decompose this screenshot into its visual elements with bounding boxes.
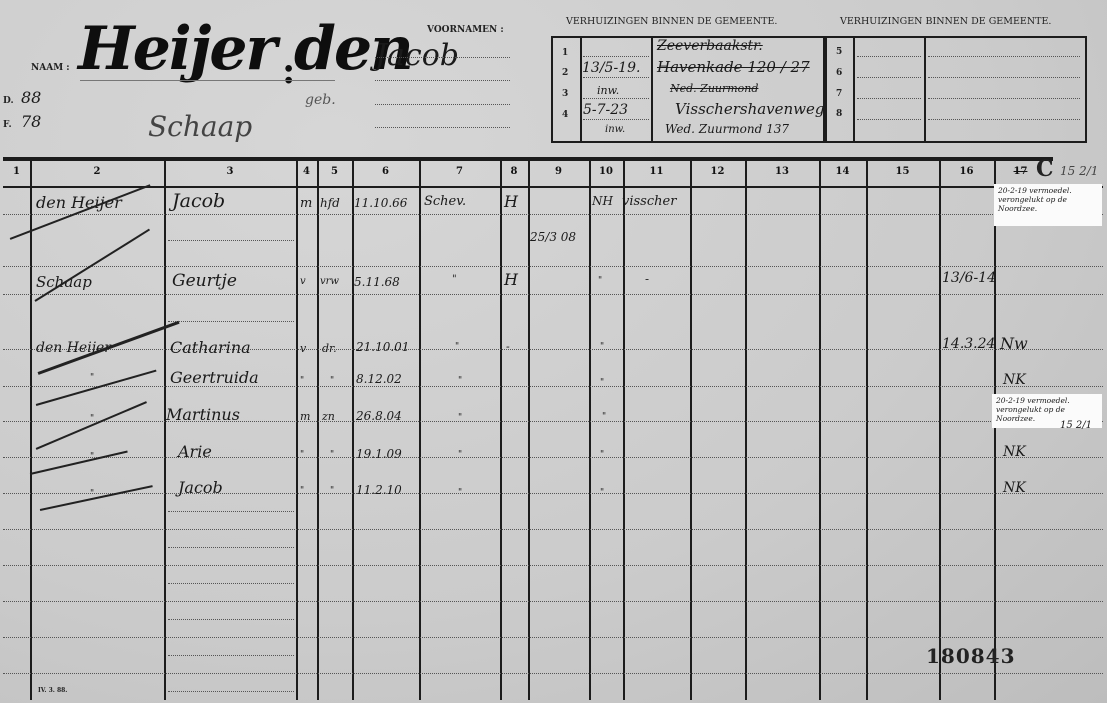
cell-surname: den Heijer xyxy=(36,193,122,212)
cell-col10: " xyxy=(600,488,604,498)
move-address: Havenkade 120 / 27 xyxy=(657,58,810,76)
move-date: inw. xyxy=(597,84,619,97)
col-divider xyxy=(352,160,354,700)
naam-label: NAAM : xyxy=(31,63,70,73)
row-rule xyxy=(583,56,649,57)
move-num: 8 xyxy=(836,109,842,119)
col-divider xyxy=(819,160,821,700)
cell-birthplace: Schev. xyxy=(424,194,466,209)
row-rule xyxy=(168,240,294,241)
row-rule xyxy=(857,56,921,57)
annotation-suffix: 15 2/1 xyxy=(1060,420,1092,431)
cell-relation: dr. xyxy=(322,342,337,355)
move-num: 5 xyxy=(836,47,842,57)
col-number: 11 xyxy=(623,166,690,177)
col-number: 1 xyxy=(3,166,30,177)
row-rule xyxy=(928,119,1080,120)
serial-number: 180843 xyxy=(926,644,1016,668)
cell-relation: " xyxy=(330,376,334,386)
cell-col16: 14.3.24 xyxy=(942,336,995,352)
col-number: 15 xyxy=(866,166,939,177)
cell-firstname: Catharina xyxy=(170,338,251,357)
row-rule xyxy=(168,321,294,322)
cell-surname: " xyxy=(90,373,94,383)
cell-col9: 25/3 08 xyxy=(530,230,576,244)
cell-firstname: Arie xyxy=(178,442,212,461)
col-number: 16 xyxy=(939,166,994,177)
col-divider xyxy=(589,160,591,700)
first-name: Jacob xyxy=(375,38,459,73)
col-divider xyxy=(296,160,298,700)
row-rule xyxy=(857,119,921,120)
cell-birthdate: 21.10.01 xyxy=(356,340,409,354)
row-rule xyxy=(3,214,1103,215)
col-divider xyxy=(623,160,625,700)
cell-firstname: Martinus xyxy=(166,405,240,424)
col-number: 9 xyxy=(528,166,589,177)
moves-left-divider-2 xyxy=(651,36,653,141)
row-rule xyxy=(3,529,1103,530)
naam-line xyxy=(80,80,335,81)
move-num: 7 xyxy=(836,89,842,99)
cell-relation: zn xyxy=(322,410,335,423)
col-number: 12 xyxy=(690,166,745,177)
voornamen-line-4 xyxy=(375,127,510,128)
cell-birthdate: 8.12.02 xyxy=(356,372,402,386)
d-value: 88 xyxy=(21,88,41,107)
row-rule xyxy=(857,77,921,78)
row-rule xyxy=(857,98,921,99)
cell-sex: " xyxy=(300,450,304,460)
col-divider xyxy=(690,160,692,700)
col-number: 14 xyxy=(819,166,866,177)
row-rule xyxy=(3,493,1103,494)
cell-col16: 13/6-14 xyxy=(942,270,996,286)
row-rule xyxy=(928,77,1080,78)
maiden-name: Schaap xyxy=(148,110,252,143)
form-code: IV. 3. 88. xyxy=(38,687,67,694)
move-num: 6 xyxy=(836,68,842,78)
moves-title-left: VERHUIZINGEN BINNEN DE GEMEENTE. xyxy=(566,16,777,27)
col-divider xyxy=(164,160,166,700)
col-divider xyxy=(866,160,868,700)
col-divider xyxy=(317,160,319,700)
col-number: 7 xyxy=(419,166,500,177)
row-rule xyxy=(583,98,649,99)
moves-right-divider-1 xyxy=(853,36,855,141)
moves-box-right xyxy=(825,36,1087,143)
col-number: 6 xyxy=(352,166,419,177)
move-num: 3 xyxy=(562,89,568,99)
cell-col17: NK xyxy=(1003,444,1026,460)
row-rule xyxy=(3,386,1103,387)
cell-sex: m xyxy=(300,196,312,211)
row-rule xyxy=(928,56,1080,57)
cell-col17: NK xyxy=(1003,480,1026,496)
cell-sex: " xyxy=(300,376,304,386)
voornamen-label: VOORNAMEN : xyxy=(427,25,504,35)
row-rule xyxy=(3,266,1103,267)
row-rule xyxy=(3,294,1103,295)
cell-col10: " xyxy=(600,450,604,460)
row-rule xyxy=(168,655,294,656)
col-number: 8 xyxy=(500,166,528,177)
move-date: 13/5-19. xyxy=(582,60,640,76)
strike-mark xyxy=(36,401,147,449)
move-num: 1 xyxy=(562,48,568,58)
col-number: 2 xyxy=(30,166,164,177)
cell-birthdate: 11.2.10 xyxy=(356,483,402,497)
row-rule xyxy=(168,583,294,584)
cell-sex: v xyxy=(300,342,306,355)
row-rule xyxy=(3,601,1103,602)
move-address: Ned. Zuurmond xyxy=(670,82,758,95)
col-number: 5 xyxy=(317,166,352,177)
moves-left-divider-1 xyxy=(580,36,582,141)
cell-col10: " xyxy=(600,378,604,388)
cell-birthplace: " xyxy=(458,413,462,423)
col-divider xyxy=(994,160,996,700)
move-address: Wed. Zuurmond 137 xyxy=(665,122,789,136)
surname: Heijer den xyxy=(78,14,412,84)
col-number: 4 xyxy=(296,166,317,177)
f-label: F. xyxy=(3,120,12,130)
row-rule xyxy=(168,547,294,548)
col-number: 17 xyxy=(1008,166,1033,177)
move-address: Visschershavenweg xyxy=(675,100,825,118)
cell-col17: NK xyxy=(1003,372,1026,388)
population-register-card: NAAM : Heijer den : VOORNAMEN : Jacob D.… xyxy=(0,0,1107,703)
cell-col10: " xyxy=(602,412,606,422)
row-rule xyxy=(928,98,1080,99)
cell-relation: vrw xyxy=(320,276,339,287)
row-rule xyxy=(168,691,294,692)
cell-birthplace: " xyxy=(458,450,462,460)
cell-relation: " xyxy=(330,450,334,460)
row-rule xyxy=(583,119,649,120)
strike-mark xyxy=(40,485,153,510)
cell-birthplace: " xyxy=(452,274,457,285)
cell-birthplace: " xyxy=(458,488,462,498)
row-rule xyxy=(168,619,294,620)
row-rule xyxy=(168,511,294,512)
col-number: 10 xyxy=(589,166,623,177)
move-num: 2 xyxy=(562,68,568,78)
cell-firstname: Geurtje xyxy=(172,271,237,291)
cell-sex: m xyxy=(300,410,310,423)
cell-col10: NH xyxy=(592,194,613,208)
cell-religion: H xyxy=(504,270,518,289)
annotation-slip: 20-2-19 vermoedel. verongelukt op de Noo… xyxy=(994,184,1102,226)
col17-note: 15 2/1 xyxy=(1060,164,1098,178)
strike-mark xyxy=(30,451,128,475)
move-date: 5-7-23 xyxy=(583,102,628,118)
cell-birthdate: 19.1.09 xyxy=(356,447,402,461)
cell-birthplace: " xyxy=(455,342,459,352)
row-rule xyxy=(3,457,1103,458)
cell-occupation: visscher xyxy=(622,194,676,209)
move-address: Zeeverbaakstr. xyxy=(657,38,763,54)
col-divider xyxy=(30,160,32,700)
col-divider xyxy=(500,160,502,700)
cell-firstname: Jacob xyxy=(178,478,223,497)
col-divider xyxy=(939,160,941,700)
voornamen-line-2 xyxy=(375,80,510,81)
voornamen-line-3 xyxy=(375,104,510,105)
voornamen-line-1 xyxy=(375,57,510,58)
cell-relation: " xyxy=(330,486,334,496)
cell-birthdate: 26.8.04 xyxy=(356,409,402,423)
cell-occupation: - xyxy=(645,272,649,286)
cell-surname: den Heijer xyxy=(36,340,111,356)
cell-firstname: Geertruida xyxy=(170,368,259,387)
table-header-rule xyxy=(3,186,1103,188)
col-number: 13 xyxy=(745,166,819,177)
col17-stamp: C xyxy=(1036,156,1054,182)
cell-firstname: Jacob xyxy=(172,190,225,212)
cell-birthdate: 5.11.68 xyxy=(354,275,400,289)
cell-col17: Nw xyxy=(1000,334,1028,353)
row-rule xyxy=(3,637,1103,638)
move-date: inw. xyxy=(605,124,625,135)
maiden-prefix: geb. xyxy=(305,92,336,108)
cell-col10: " xyxy=(598,276,602,286)
moves-right-divider-2 xyxy=(924,36,926,141)
col-divider xyxy=(745,160,747,700)
f-value: 78 xyxy=(21,112,41,131)
moves-title-right: VERHUIZINGEN BINNEN DE GEMEENTE. xyxy=(840,16,1051,27)
cell-religion: H xyxy=(504,192,518,211)
surname-colon: : xyxy=(282,50,295,92)
move-num: 4 xyxy=(562,110,568,120)
cell-birthdate: 11.10.66 xyxy=(354,196,407,210)
cell-relation: hfd xyxy=(320,196,340,210)
col-number: 3 xyxy=(164,166,296,177)
cell-sex: " xyxy=(300,486,304,496)
col-divider xyxy=(419,160,421,700)
strike-mark xyxy=(36,370,157,406)
row-rule xyxy=(3,565,1103,566)
row-rule xyxy=(583,77,649,78)
cell-sex: v xyxy=(300,276,306,287)
row-rule xyxy=(3,349,1103,350)
cell-col10: " xyxy=(600,342,604,352)
d-label: D. xyxy=(3,96,14,106)
cell-birthplace: " xyxy=(458,376,462,386)
cell-religion: - xyxy=(506,340,510,353)
row-rule xyxy=(3,673,1103,674)
